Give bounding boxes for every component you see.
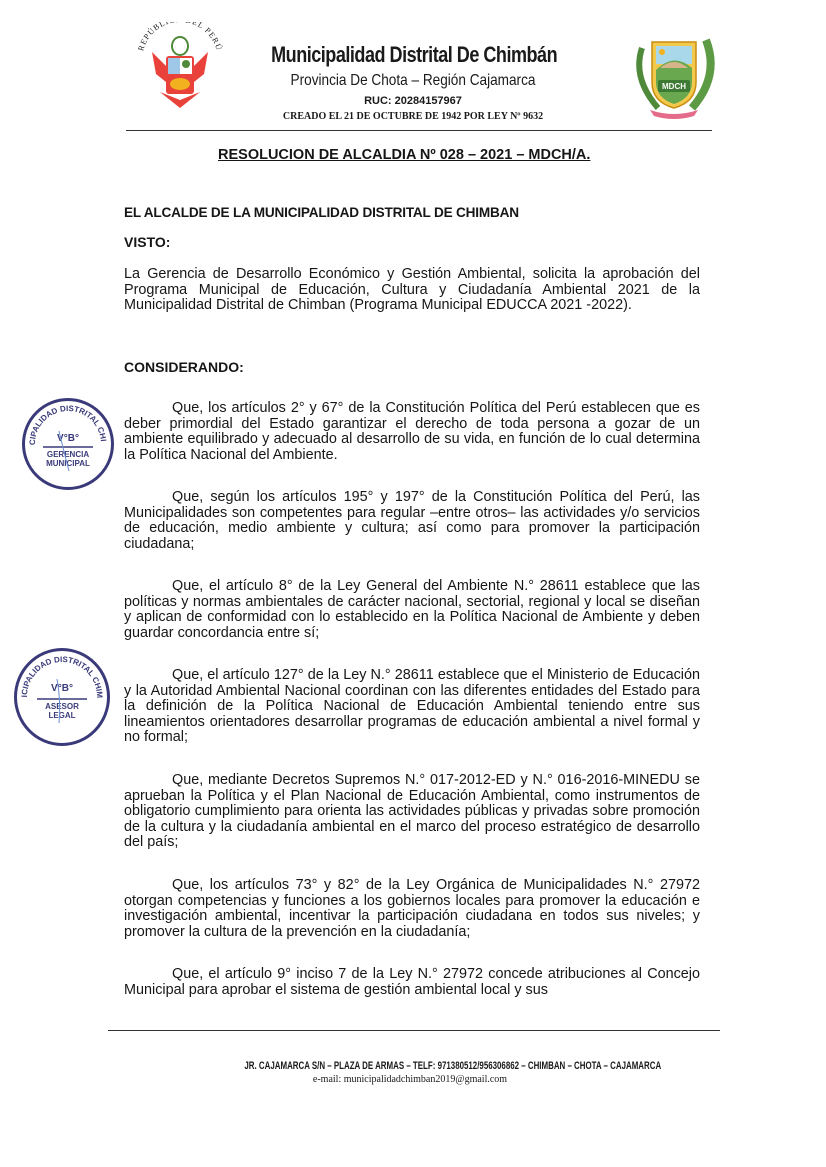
svg-text:LEGAL: LEGAL [48, 711, 75, 720]
footer-address: JR. CAJAMARCA S/N – PLAZA DE ARMAS – TEL… [244, 1060, 575, 1072]
considerando-paragraph: Que, los artículos 73° y 82° de la Ley O… [124, 878, 700, 940]
visto-paragraph: La Gerencia de Desarrollo Económico y Ge… [124, 267, 700, 314]
peru-coat-of-arms-icon: REPÚBLICA DEL PERÚ [130, 22, 230, 112]
gerencia-municipal-stamp: MUNICIPALIDAD DISTRITAL CHIMBAN V°B° GER… [22, 398, 114, 490]
considerando-paragraph: Que, el artículo 9° inciso 7 de la Ley N… [124, 967, 700, 998]
stamp-vb: V°B° [51, 683, 73, 694]
crest-label: MDCH [662, 82, 686, 91]
considerando-paragraph: Que, el artículo 127° de la Ley N.° 2861… [124, 668, 700, 746]
mdch-crest-icon: MDCH [628, 28, 720, 120]
considerando-heading: CONSIDERANDO: [124, 360, 244, 376]
footer-divider [108, 1030, 720, 1031]
header-divider [126, 130, 712, 131]
creation-note: CREADO EL 21 DE OCTUBRE DE 1942 POR LEY … [240, 111, 586, 122]
resolution-title: RESOLUCION DE ALCALDIA Nº 028 – 2021 – M… [218, 148, 590, 164]
considerando-paragraph: Que, mediante Decretos Supremos N.° 017-… [124, 773, 700, 851]
svg-text:ASESOR: ASESOR [45, 702, 79, 711]
municipality-region: Provincia De Chota – Región Cajamarca [266, 72, 560, 90]
document-page: REPÚBLICA DEL PERÚ Municipalidad Distrit… [0, 0, 826, 1167]
footer-email: e-mail: municipalidadchimban2019@gmail.c… [180, 1074, 640, 1085]
considerando-paragraph: Que, el artículo 8° de la Ley General de… [124, 579, 700, 641]
municipality-name: Municipalidad Distrital De Chimbán [271, 42, 555, 68]
visto-heading: VISTO: [124, 235, 170, 251]
considerando-paragraph: Que, los artículos 2° y 67° de la Consti… [124, 401, 700, 463]
svg-text:GERENCIA: GERENCIA [47, 450, 89, 459]
considerando-paragraph: Que, según los artículos 195° y 197° de … [124, 490, 700, 552]
ruc-number: RUC: 20284157967 [240, 95, 586, 107]
issuer-heading: EL ALCALDE DE LA MUNICIPALIDAD DISTRITAL… [124, 205, 519, 221]
asesor-legal-stamp: MUNICIPALIDAD DISTRITAL CHIMBAN V°B° ASE… [14, 648, 110, 746]
